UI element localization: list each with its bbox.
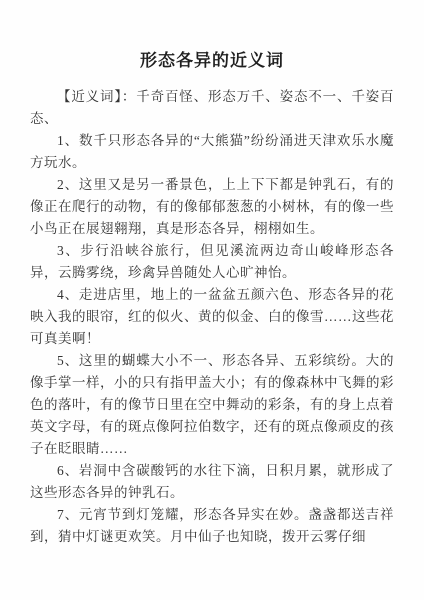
paragraph-sentence-6: 6、岩洞中含碳酸钙的水往下滴，日积月累，就形成了这些形态各异的钟乳石。 [30,460,394,504]
paragraph-sentence-1: 1、数千只形态各异的“大熊猫”纷纷涌进天津欢乐水魔方玩水。 [30,130,394,174]
paragraph-sentence-2: 2、这里又是另一番景色，上上下下都是钟乳石，有的像正在爬行的动物，有的像郁郁葱葱… [30,174,394,240]
page-title: 形态各异的近义词 [30,46,394,71]
paragraph-sentence-7: 7、元宵节到灯笼耀，形态各异实在妙。盏盏都送吉祥到，猜中灯谜更欢笑。月中仙子也知… [30,504,394,548]
document-content: 形态各异的近义词 【近义词】：千奇百怪、形态万千、姿态不一、千姿百态、 1、数千… [0,0,424,548]
paragraph-sentence-5: 5、这里的蝴蝶大小不一、形态各异、五彩缤纷。大的像手掌一样，小的只有指甲盖大小；… [30,350,394,460]
paragraph-synonyms: 【近义词】：千奇百怪、形态万千、姿态不一、千姿百态、 [30,86,394,130]
paragraph-sentence-3: 3、步行沿峡谷旅行，但见溪流两边奇山峻峰形态各异，云腾雾绕，珍禽异兽随处人心旷神… [30,240,394,284]
document-page: 形态各异的近义词 【近义词】：千奇百怪、形态万千、姿态不一、千姿百态、 1、数千… [0,0,424,600]
paragraph-sentence-4: 4、走进店里，地上的一盆盆五颜六色、形态各异的花映入我的眼帘，红的似火、黄的似金… [30,284,394,350]
